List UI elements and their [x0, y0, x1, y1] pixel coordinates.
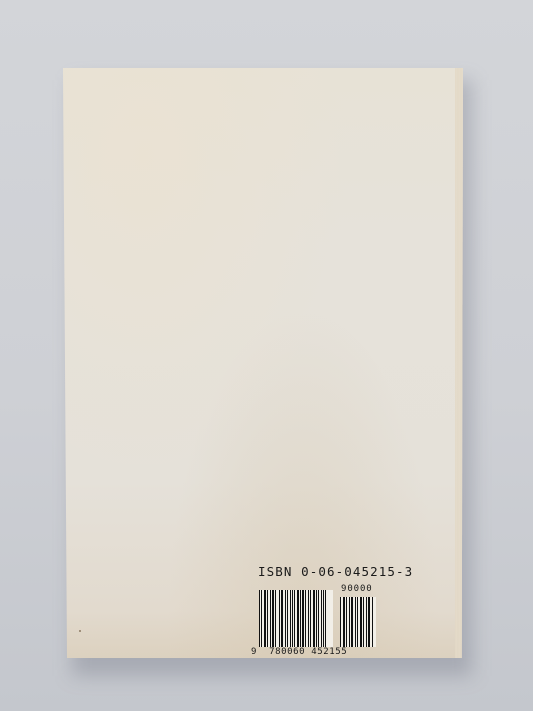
page-edges	[455, 68, 463, 658]
barcode-addon-digits: 90000	[341, 584, 373, 594]
cover-scuff	[79, 630, 81, 632]
ean-barcode	[259, 590, 333, 647]
barcode-digits: 9 780060 452155	[251, 647, 347, 657]
isbn-label: ISBN 0-06-045215-3	[258, 564, 413, 579]
book-back-cover: ISBN 0-06-045215-3 90000 9 780060 452155	[63, 68, 463, 658]
ean-digits: 780060 452155	[269, 647, 347, 657]
ean-lead-digit: 9	[251, 647, 257, 657]
addon-barcode	[340, 597, 376, 647]
